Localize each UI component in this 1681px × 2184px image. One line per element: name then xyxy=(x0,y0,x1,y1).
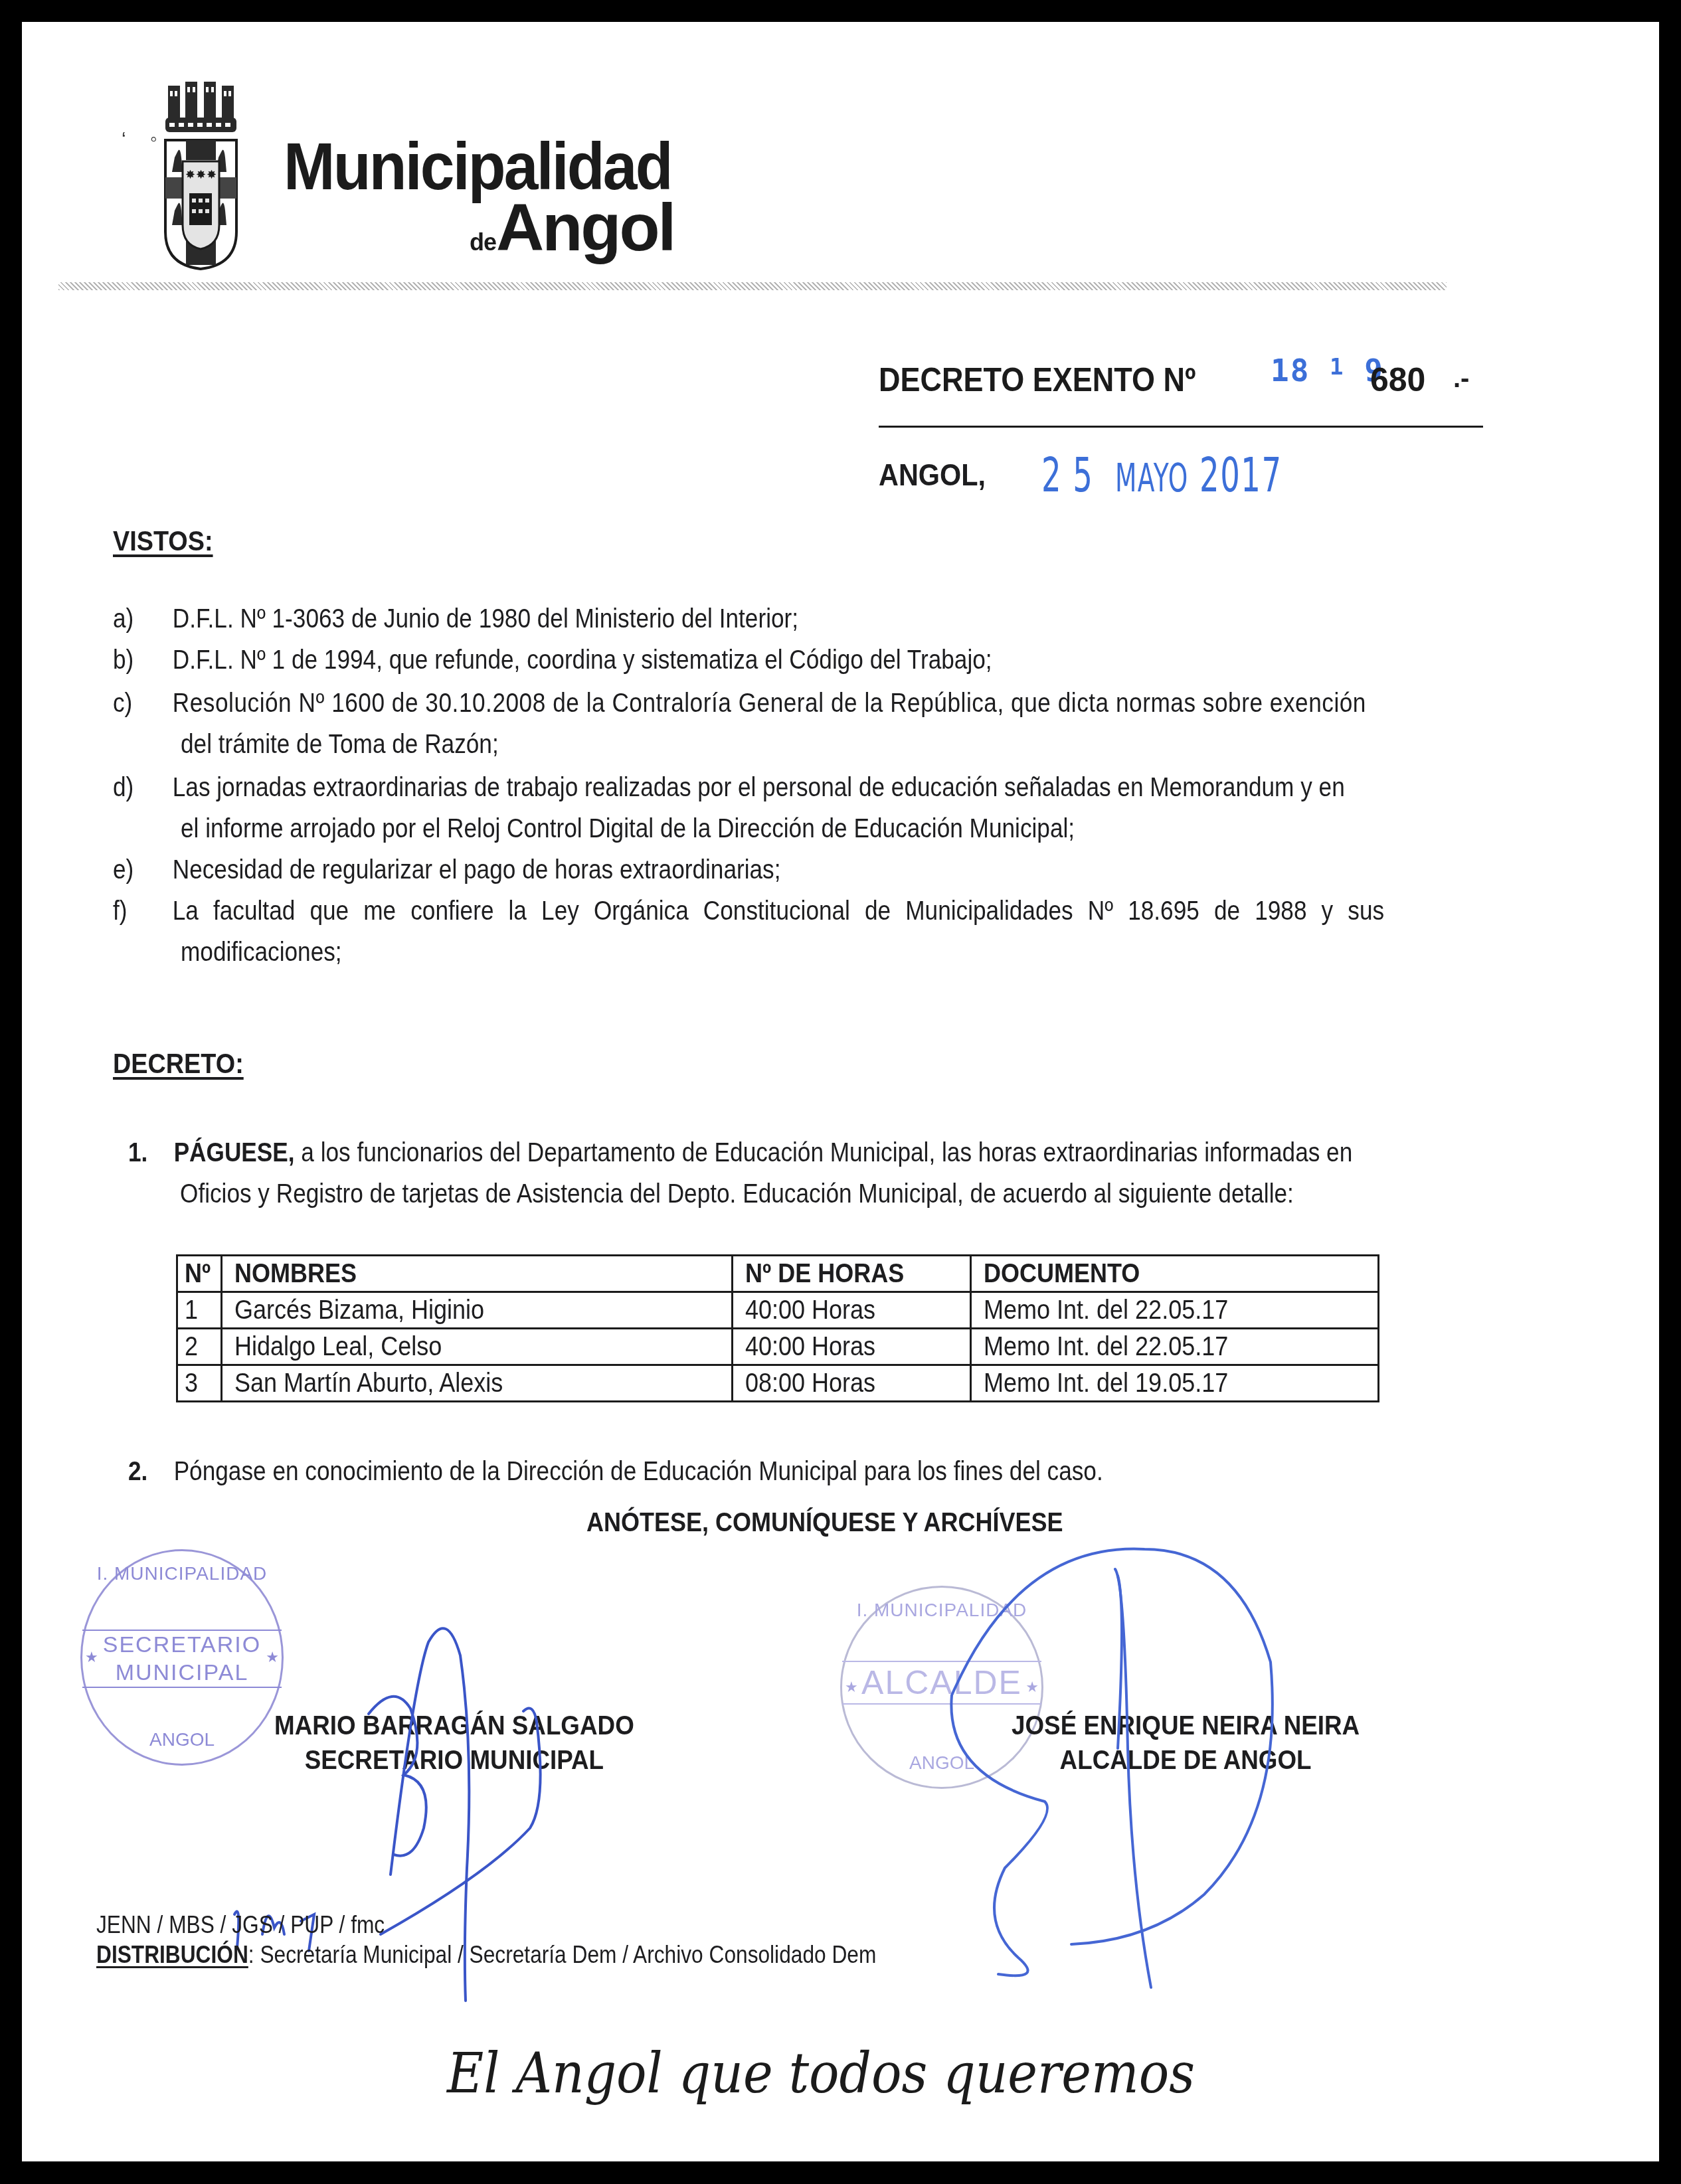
pay-order-keyword: PÁGUESE, xyxy=(174,1138,295,1167)
cell-document: Memo Int. del 19.05.17 xyxy=(971,1365,1379,1402)
seal-middle-text: SECRETARIO MUNICIPAL xyxy=(82,1630,282,1688)
decree-title: DECRETO EXENTO Nº xyxy=(879,361,1195,399)
decreto-item-1-cont: Oficios y Registro de tarjetas de Asiste… xyxy=(180,1173,1294,1215)
stamp-number: 18 1 9 xyxy=(1271,353,1384,388)
vistos-item-c: c)Resolución Nº 1600 de 30.10.2008 de la… xyxy=(113,683,132,724)
vistos-item-d: d)Las jornadas extraordinarias de trabaj… xyxy=(113,767,133,808)
list-text: a los funcionarios del Departamento de E… xyxy=(295,1138,1353,1167)
mayor-name: JOSÉ ENRIQUE NEIRA NEIRA xyxy=(1012,1709,1360,1743)
decree-underline xyxy=(879,426,1483,428)
municipality-logo: Municipalidad deAngol xyxy=(284,133,701,200)
seal-bottom-text: ANGOL xyxy=(82,1729,282,1750)
distribution-label: DISTRIBUCIÓN xyxy=(96,1941,248,1968)
list-marker: d) xyxy=(113,773,133,802)
column-header-hours: Nº DE HORAS xyxy=(733,1256,971,1292)
cell-name: Garcés Bizama, Higinio xyxy=(222,1292,733,1329)
decreto-item-2: 2.Póngase en conocimiento de la Direcció… xyxy=(128,1451,147,1492)
vistos-item-d-cont: el informe arrojado por el Reloj Control… xyxy=(181,808,1075,849)
list-text: La facultad que me confiere la Ley Orgán… xyxy=(173,890,1384,932)
brand-line2: Angol xyxy=(496,191,674,265)
brand-line1: Municipalidad xyxy=(284,133,671,200)
list-marker: 2. xyxy=(128,1457,147,1486)
table-row: 2 Hidalgo Leal, Celso 40:00 Horas Memo I… xyxy=(177,1329,1379,1365)
list-marker: c) xyxy=(113,689,132,718)
seal-middle-text: ALCALDE xyxy=(842,1661,1041,1705)
vistos-item-c-cont: del trámite de Toma de Razón; xyxy=(181,724,499,765)
stamp-number-small: 1 xyxy=(1330,354,1344,380)
cell-number: 2 xyxy=(177,1329,222,1365)
list-text: Necesidad de regularizar el pago de hora… xyxy=(173,849,781,890)
list-marker: b) xyxy=(113,645,133,675)
column-header-names: NOMBRES xyxy=(222,1256,733,1292)
cell-hours: 40:00 Horas xyxy=(733,1292,971,1329)
vistos-heading: VISTOS: xyxy=(113,525,213,557)
place-label: ANGOL, xyxy=(879,457,986,493)
date-stamp: 2 5 MAYO 2017 xyxy=(1041,447,1283,503)
decree-number-suffix: .- xyxy=(1453,364,1469,394)
initials-line: JENN / MBS / JGS / PUP / fmc xyxy=(96,1911,385,1939)
svg-text:✸: ✸ xyxy=(185,168,195,181)
vistos-item-b: b)D.F.L. Nº 1 de 1994, que refunde, coor… xyxy=(113,639,133,681)
overtime-table: Nº NOMBRES Nº DE HORAS DOCUMENTO 1 Garcé… xyxy=(176,1254,1379,1402)
list-text: D.F.L. Nº 1 de 1994, que refunde, coordi… xyxy=(173,639,992,681)
document-page: ‘ ◦ xyxy=(22,22,1659,2161)
vistos-item-f: f)La facultad que me confiere la Ley Org… xyxy=(113,890,128,932)
date-stamp-year: 2017 xyxy=(1199,447,1282,503)
date-stamp-month: MAYO xyxy=(1115,456,1189,501)
closing-formula: ANÓTESE, COMUNÍQUESE Y ARCHÍVESE xyxy=(586,1508,1063,1538)
date-stamp-day: 2 5 xyxy=(1041,447,1093,503)
list-marker: f) xyxy=(113,896,128,926)
cell-document: Memo Int. del 22.05.17 xyxy=(971,1329,1379,1365)
stamp-number-digits: 18 xyxy=(1271,353,1310,388)
cell-number: 3 xyxy=(177,1365,222,1402)
list-marker: e) xyxy=(113,855,133,884)
seal-top-text: I. MUNICIPALIDAD xyxy=(82,1563,282,1584)
cell-hours: 08:00 Horas xyxy=(733,1365,971,1402)
vistos-item-a: a)D.F.L. Nº 1-3063 de Junio de 1980 del … xyxy=(113,598,133,639)
secretary-seal-stamp: I. MUNICIPALIDAD ★ SECRETARIO MUNICIPAL … xyxy=(80,1549,284,1766)
list-text: D.F.L. Nº 1-3063 de Junio de 1980 del Mi… xyxy=(173,598,798,639)
table-row: 3 San Martín Aburto, Alexis 08:00 Horas … xyxy=(177,1365,1379,1402)
header-divider xyxy=(58,282,1447,290)
cell-name: Hidalgo Leal, Celso xyxy=(222,1329,733,1365)
cell-number: 1 xyxy=(177,1292,222,1329)
column-header-number: Nº xyxy=(177,1256,222,1292)
table-header-row: Nº NOMBRES Nº DE HORAS DOCUMENTO xyxy=(177,1256,1379,1292)
decreto-item-1: 1.PÁGUESE, a los funcionarios del Depart… xyxy=(128,1132,147,1173)
scan-artifact: ‘ ◦ xyxy=(122,128,167,151)
coat-of-arms-icon: ✸ ✸ ✸ xyxy=(163,79,239,272)
secretary-name: MARIO BARRAGÁN SALGADO xyxy=(274,1709,634,1743)
cell-hours: 40:00 Horas xyxy=(733,1329,971,1365)
svg-text:✸: ✸ xyxy=(207,168,217,181)
star-icon: ★ xyxy=(1025,1679,1039,1696)
vistos-item-f-cont: modificaciones; xyxy=(181,932,342,973)
secretary-signature-block: MARIO BARRAGÁN SALGADO SECRETARIO MUNICI… xyxy=(274,1709,634,1778)
list-text: Las jornadas extraordinarias de trabajo … xyxy=(173,767,1345,808)
column-header-document: DOCUMENTO xyxy=(971,1256,1379,1292)
list-marker: a) xyxy=(113,604,133,633)
mayor-title: ALCALDE DE ANGOL xyxy=(1012,1743,1360,1778)
handwritten-signatures xyxy=(22,22,1659,2161)
vistos-item-e: e)Necesidad de regularizar el pago de ho… xyxy=(113,849,133,890)
seal-top-text: I. MUNICIPALIDAD xyxy=(842,1600,1041,1621)
decreto-heading: DECRETO: xyxy=(113,1048,244,1080)
cell-document: Memo Int. del 22.05.17 xyxy=(971,1292,1379,1329)
list-text: Póngase en conocimiento de la Dirección … xyxy=(174,1451,1103,1492)
distribution-text: : Secretaría Municipal / Secretaría Dem … xyxy=(248,1941,877,1968)
brand-de: de xyxy=(470,228,496,256)
municipal-motto: El Angol que todos queremos xyxy=(447,2041,1195,2106)
list-marker: 1. xyxy=(128,1138,147,1167)
mayor-signature-block: JOSÉ ENRIQUE NEIRA NEIRA ALCALDE DE ANGO… xyxy=(1012,1709,1360,1778)
distribution-line: DISTRIBUCIÓN: Secretaría Municipal / Sec… xyxy=(96,1941,876,1969)
table-row: 1 Garcés Bizama, Higinio 40:00 Horas Mem… xyxy=(177,1292,1379,1329)
decree-number: 680 xyxy=(1370,361,1425,399)
cell-name: San Martín Aburto, Alexis xyxy=(222,1365,733,1402)
list-text: Resolución Nº 1600 de 30.10.2008 de la C… xyxy=(173,683,1366,724)
svg-text:✸: ✸ xyxy=(196,168,206,181)
star-icon: ★ xyxy=(266,1649,279,1666)
secretary-title: SECRETARIO MUNICIPAL xyxy=(274,1743,634,1778)
